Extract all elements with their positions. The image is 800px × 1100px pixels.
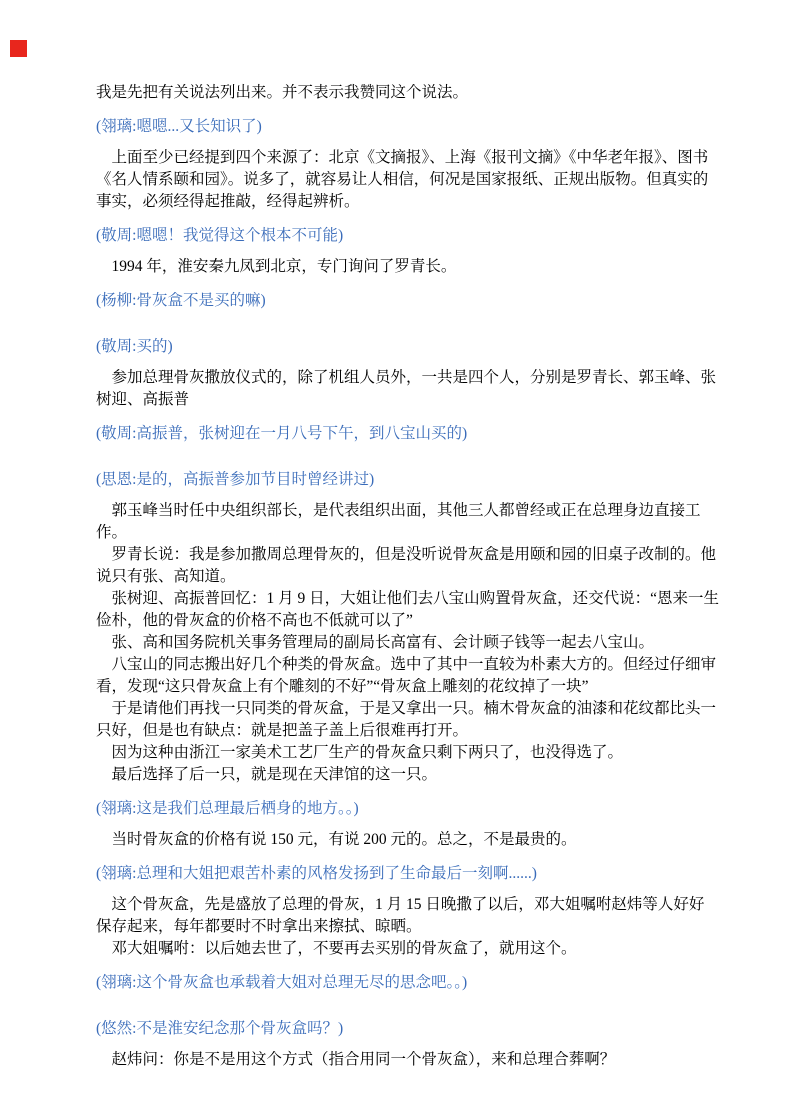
paragraph: 因为这种由浙江一家美术工艺厂生产的骨灰盒只剩下两只了，也没得选了。 bbox=[96, 742, 719, 764]
comment-paragraph: (敬周:买的) bbox=[96, 336, 719, 358]
paragraph: 最后选择了后一只，就是现在天津馆的这一只。 bbox=[96, 764, 719, 786]
comment-paragraph: (翎璃:总理和大姐把艰苦朴素的风格发扬到了生命最后一刻啊......) bbox=[96, 863, 719, 885]
paragraph: 张树迎、高振普回忆：1 月 9 日，大姐让他们去八宝山购置骨灰盒，还交代说：“恩… bbox=[96, 588, 719, 632]
comment-paragraph: (翎璃:这是我们总理最后栖身的地方。。) bbox=[96, 798, 719, 820]
comment-paragraph: (悠然:不是淮安纪念那个骨灰盒吗？) bbox=[96, 1018, 719, 1040]
comment-paragraph: (翎璃:嗯嗯...又长知识了) bbox=[96, 116, 719, 138]
comment-paragraph: (杨柳:骨灰盒不是买的嘛) bbox=[96, 290, 719, 312]
document-page: 我是先把有关说法列出来。并不表示我赞同这个说法。 (翎璃:嗯嗯...又长知识了)… bbox=[0, 0, 800, 1100]
paragraph: 我是先把有关说法列出来。并不表示我赞同这个说法。 bbox=[96, 82, 719, 104]
red-square-marker bbox=[10, 40, 27, 57]
comment-paragraph: (敬周:高振普，张树迎在一月八号下午，到八宝山买的) bbox=[96, 423, 719, 445]
paragraph: 于是请他们再找一只同类的骨灰盒，于是又拿出一只。楠木骨灰盒的油漆和花纹都比头一只… bbox=[96, 698, 719, 742]
paragraph: 邓大姐嘱咐：以后她去世了，不要再去买别的骨灰盒了，就用这个。 bbox=[96, 938, 719, 960]
paragraph: 罗青长说：我是参加撒周总理骨灰的，但是没听说骨灰盒是用颐和园的旧桌子改制的。他说… bbox=[96, 544, 719, 588]
document-text-body: 我是先把有关说法列出来。并不表示我赞同这个说法。 (翎璃:嗯嗯...又长知识了)… bbox=[96, 82, 719, 1071]
paragraph: 当时骨灰盒的价格有说 150 元，有说 200 元的。总之，不是最贵的。 bbox=[96, 829, 719, 851]
comment-paragraph: (翎璃:这个骨灰盒也承载着大姐对总理无尽的思念吧。。) bbox=[96, 972, 719, 994]
paragraph: 1994 年，淮安秦九凤到北京，专门询问了罗青长。 bbox=[96, 256, 719, 278]
paragraph: 上面至少已经提到四个来源了：北京《文摘报》、上海《报刊文摘》《中华老年报》、图书… bbox=[96, 147, 719, 213]
paragraph: 张、高和国务院机关事务管理局的副局长高富有、会计顾子钱等一起去八宝山。 bbox=[96, 632, 719, 654]
paragraph: 这个骨灰盒，先是盛放了总理的骨灰，1 月 15 日晚撒了以后，邓大姐嘱咐赵炜等人… bbox=[96, 894, 719, 938]
paragraph: 八宝山的同志搬出好几个种类的骨灰盒。选中了其中一直较为朴素大方的。但经过仔细审看… bbox=[96, 654, 719, 698]
comment-paragraph: (思恩:是的，高振普参加节目时曾经讲过) bbox=[96, 469, 719, 491]
comment-paragraph: (敬周:嗯嗯！我觉得这个根本不可能) bbox=[96, 225, 719, 247]
paragraph: 赵炜问：你是不是用这个方式（指合用同一个骨灰盒），来和总理合葬啊？ bbox=[96, 1049, 719, 1071]
paragraph: 参加总理骨灰撒放仪式的，除了机组人员外，一共是四个人，分别是罗青长、郭玉峰、张树… bbox=[96, 367, 719, 411]
paragraph: 郭玉峰当时任中央组织部长，是代表组织出面，其他三人都曾经或正在总理身边直接工作。 bbox=[96, 500, 719, 544]
